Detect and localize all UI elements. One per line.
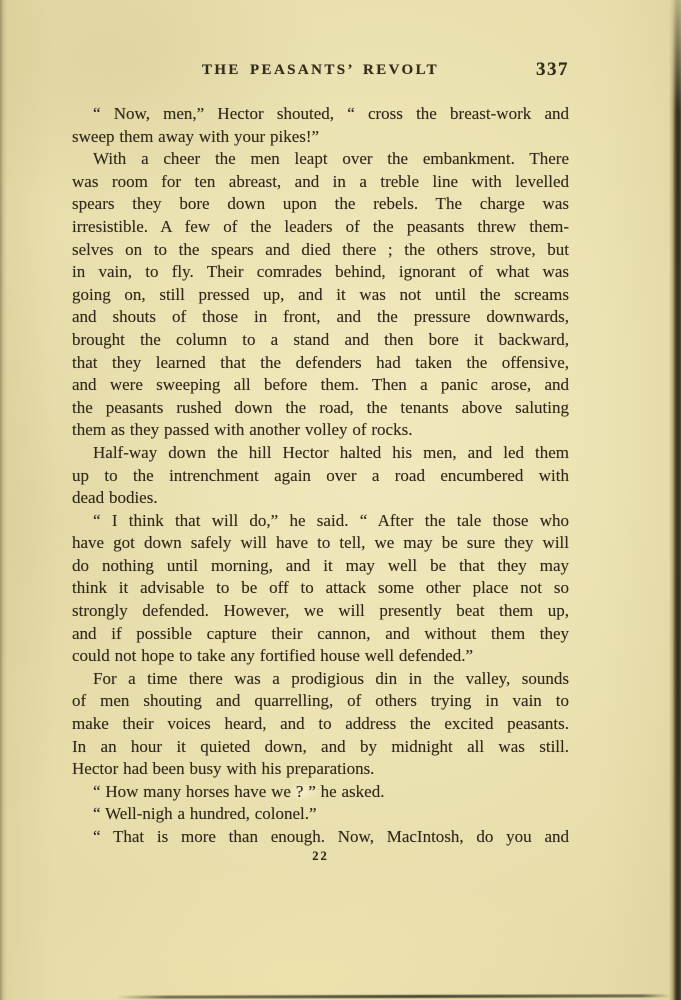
text-line: “ That is more than enough. Now, MacInto… — [72, 826, 569, 849]
paragraph-4: “ I think that will do,” he said. “ Afte… — [72, 510, 569, 668]
text-line: the peasants rushed down the road, the t… — [72, 397, 569, 420]
text-line: have got down safely will have to tell, … — [72, 532, 569, 555]
running-title: THE PEASANTS’ REVOLT — [72, 62, 569, 79]
paragraph-6: “ How many horses have we ? ” he asked. — [72, 781, 569, 804]
text-line: in vain, to fly. Their comrades behind, … — [72, 261, 569, 284]
text-line: spears they bore down upon the rebels. T… — [72, 193, 569, 216]
text-line: selves on to the spears and died there ;… — [72, 239, 569, 262]
text-line: Half-way down the hill Hector halted his… — [72, 442, 569, 465]
signature-mark: 22 — [72, 849, 569, 864]
text-line: With a cheer the men leapt over the emba… — [72, 148, 569, 171]
text-line: irresistible. A few of the leaders of th… — [72, 216, 569, 239]
text-line: and if possible capture their cannon, an… — [72, 623, 569, 646]
page-header: THE PEASANTS’ REVOLT 337 — [72, 62, 569, 86]
text-line: up to the intrenchment again over a road… — [72, 465, 569, 488]
text-line: was room for ten abreast, and in a trebl… — [72, 171, 569, 194]
text-line: strongly defended. However, we will pres… — [72, 600, 569, 623]
page-number: 337 — [536, 59, 569, 81]
page-edge-bottom-line — [116, 994, 670, 998]
text-line: dead bodies. — [72, 487, 569, 510]
text-line: do nothing until morning, and it may wel… — [72, 555, 569, 578]
text-line: going on, still pressed up, and it was n… — [72, 284, 569, 307]
text-line: “ Now, men,” Hector shouted, “ cross the… — [72, 103, 569, 126]
text-line: of men shouting and quarrelling, of othe… — [72, 690, 569, 713]
paragraph-5: For a time there was a prodigious din in… — [72, 668, 569, 781]
text-line: sweep them away with your pikes!” — [72, 126, 569, 149]
text-line: and shouts of those in front, and the pr… — [72, 306, 569, 329]
paragraph-7: “ Well-nigh a hundred, colonel.” — [72, 803, 569, 826]
paragraph-1: “ Now, men,” Hector shouted, “ cross the… — [72, 103, 569, 148]
text-block: “ Now, men,” Hector shouted, “ cross the… — [72, 103, 569, 849]
paragraph-8: “ That is more than enough. Now, MacInto… — [72, 826, 569, 849]
text-line: In an hour it quieted down, and by midni… — [72, 736, 569, 759]
text-line: “ How many horses have we ? ” he asked. — [72, 781, 569, 804]
text-line: them as they passed with another volley … — [72, 419, 569, 442]
text-line: brought the column to a stand and then b… — [72, 329, 569, 352]
text-line: Hector had been busy with his preparatio… — [72, 758, 569, 781]
text-line: “ Well-nigh a hundred, colonel.” — [72, 803, 569, 826]
paragraph-2: With a cheer the men leapt over the emba… — [72, 148, 569, 442]
text-line: could not hope to take any fortified hou… — [72, 645, 569, 668]
paragraph-3: Half-way down the hill Hector halted his… — [72, 442, 569, 510]
book-page-scan: THE PEASANTS’ REVOLT 337 “ Now, men,” He… — [0, 0, 681, 1000]
page-edge-left-shadow — [0, 0, 7, 1000]
text-line: that they learned that the defenders had… — [72, 352, 569, 375]
text-line: think it advisable to be off to attack s… — [72, 577, 569, 600]
page-edge-right-shadow — [669, 0, 681, 1000]
text-line: make their voices heard, and to address … — [72, 713, 569, 736]
text-line: For a time there was a prodigious din in… — [72, 668, 569, 691]
text-line: “ I think that will do,” he said. “ Afte… — [72, 510, 569, 533]
text-line: and were sweeping all before them. Then … — [72, 374, 569, 397]
